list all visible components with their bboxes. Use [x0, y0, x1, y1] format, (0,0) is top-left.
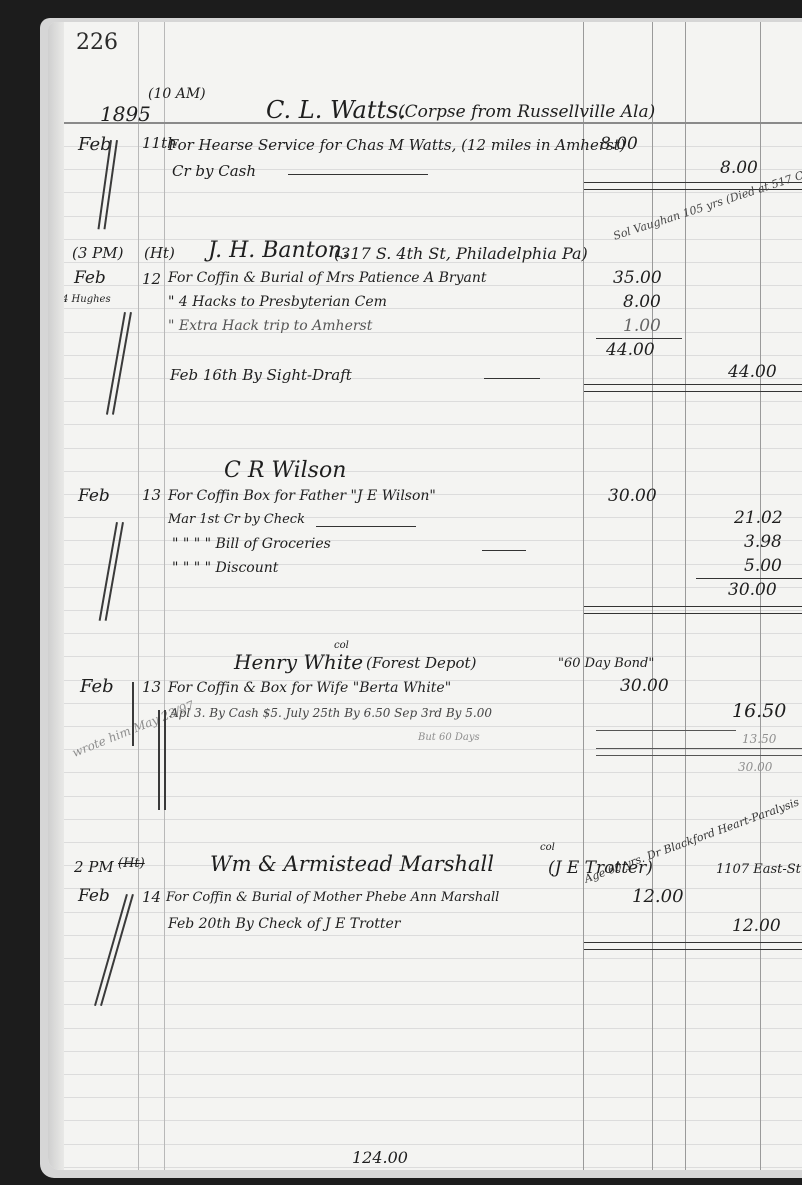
- entry-1-note: (Corpse from Russellville Ala): [398, 102, 655, 122]
- entry-3-credit-3: 5.00: [744, 556, 782, 576]
- entry-1-debit: 8.00: [600, 134, 638, 154]
- entry-4-day: 13: [142, 678, 161, 696]
- entry-3-day: 13: [142, 486, 161, 504]
- ruled-line: [48, 935, 802, 936]
- entry-3-sum-rule: [696, 578, 802, 579]
- entry-2-dash: [484, 378, 540, 379]
- entry-1-month: Feb: [78, 134, 112, 155]
- ruled-line: [48, 239, 802, 240]
- entry-5-day: 14: [142, 888, 161, 906]
- ruled-line: [48, 633, 802, 634]
- entry-5-name: Wm & Armistead Marshall: [210, 852, 494, 876]
- entry-2-line-2: " 4 Hacks to Presbyterian Cem: [168, 294, 387, 310]
- ruled-line: [48, 772, 802, 773]
- entry-2-ref: (Ht): [144, 244, 175, 262]
- entry-5-month: Feb: [78, 886, 110, 906]
- entry-4-annotation: "60 Day Bond": [558, 656, 654, 671]
- entry-5-line-2: Feb 20th By Check of J E Trotter: [168, 916, 400, 932]
- debit-cents-rule: [652, 22, 653, 1170]
- entry-5-name-sup: col: [540, 842, 555, 853]
- ruled-line: [48, 448, 802, 449]
- entry-1-dash: [288, 174, 428, 175]
- entry-5-posted-mark: [94, 894, 128, 1006]
- entry-5-ref: (Ht): [118, 856, 145, 871]
- ruled-line: [48, 1028, 802, 1029]
- entry-4-name-sup: col: [334, 640, 349, 651]
- year: 1895: [100, 102, 151, 126]
- entry-5-time: 2 PM: [74, 858, 114, 876]
- footer-page-total: 124.00: [352, 1148, 408, 1167]
- entry-2-line-1: For Coffin & Burial of Mrs Patience A Br…: [168, 270, 486, 286]
- entry-4-posted-mark-3: [164, 710, 166, 810]
- header-rule: [64, 122, 802, 124]
- entry-4-posted-mark: [132, 682, 134, 746]
- entry-1-time: (10 AM): [148, 86, 206, 102]
- ruled-line: [48, 1097, 802, 1098]
- ruled-line: [48, 192, 802, 193]
- entry-4-credit: 16.50: [732, 700, 786, 722]
- entry-2-month: Feb: [74, 268, 106, 288]
- ruled-line: [48, 540, 802, 541]
- entry-5-credit: 12.00: [732, 916, 781, 936]
- ruled-line: [48, 819, 802, 820]
- entry-3-credit-total: 30.00: [728, 580, 777, 600]
- entry-3-line-4: " " " " Discount: [172, 560, 278, 576]
- entry-2-sum-rule: [596, 338, 682, 339]
- ruled-line: [48, 424, 802, 425]
- entry-4-line-2: Apl 3. By Cash $5. July 25th By 6.50 Sep…: [170, 706, 492, 720]
- ruled-line: [48, 308, 802, 309]
- entry-4-note: (Forest Depot): [366, 654, 476, 672]
- entry-2-line-3: " Extra Hack trip to Amherst: [168, 318, 372, 334]
- ruled-line: [48, 1074, 802, 1075]
- entry-2-credit: 44.00: [728, 362, 777, 382]
- page-edge: [48, 22, 64, 1170]
- ruled-line: [48, 1004, 802, 1005]
- entry-5-debit: 12.00: [632, 886, 684, 907]
- debit-column-rule: [583, 22, 584, 1170]
- ruled-line: [48, 517, 802, 518]
- entry-4-pencil-total: 30.00: [738, 760, 772, 774]
- entry-3-credit-1: 21.02: [734, 508, 783, 528]
- entry-4-line-1: For Coffin & Box for Wife "Berta White": [168, 680, 451, 696]
- entry-2-time: (3 PM): [72, 244, 123, 262]
- entry-3-name: C R Wilson: [224, 458, 346, 483]
- entry-2-note: (317 S. 4th St, Philadelphia Pa): [334, 244, 588, 263]
- entry-3-line-1: For Coffin Box for Father "J E Wilson": [168, 488, 436, 504]
- ruled-line: [48, 355, 802, 356]
- entry-1-name: C. L. Watts.: [266, 96, 406, 124]
- ruled-line: [48, 332, 802, 333]
- entry-2-annotation: Sol Vaughan 105 yrs (Died at 517 Chmes): [612, 158, 802, 242]
- ruled-line: [48, 564, 802, 565]
- entry-1-credit: 8.00: [720, 158, 758, 178]
- entry-3-dash-1: [316, 526, 416, 527]
- entry-2-debit-1: 35.00: [613, 268, 662, 288]
- entry-2-day: 12: [142, 270, 161, 288]
- entry-3-dash-2: [482, 550, 526, 551]
- entry-4-debit: 30.00: [620, 676, 669, 696]
- ruled-line: [48, 169, 802, 170]
- entry-5-address: 1107 East-St: [716, 862, 801, 877]
- entry-5-note: (J E Trotter): [548, 858, 653, 878]
- entry-2-debit-total: 44.00: [606, 340, 655, 360]
- ruled-line: [48, 587, 802, 588]
- ledger-page: 226 1895 (10 AM) C. L. Watts. (Corpse fr…: [48, 22, 802, 1170]
- entry-5-line-1: For Coffin & Burial of Mother Phebe Ann …: [166, 890, 499, 905]
- entry-3-month: Feb: [78, 486, 110, 506]
- margin-rule-day: [164, 22, 165, 1170]
- entry-5-posted-mark-2: [100, 894, 134, 1006]
- entry-4-posted-mark-2: [158, 710, 160, 810]
- ruled-line: [48, 401, 802, 402]
- entry-3-line-2: Mar 1st Cr by Check: [168, 512, 305, 527]
- ruled-line: [48, 1144, 802, 1145]
- ruled-line: [48, 703, 802, 704]
- entry-2-closing-rule: [584, 384, 802, 392]
- entry-2-debit-3: 1.00: [623, 316, 661, 336]
- entry-4-month: Feb: [80, 676, 114, 697]
- entry-2-marginal: 4 Hughes: [62, 294, 111, 305]
- entry-1-line-2: Cr by Cash: [172, 162, 256, 180]
- entry-3-line-3: " " " " Bill of Groceries: [172, 536, 331, 552]
- entry-2-name: J. H. Banton.: [208, 238, 349, 263]
- entry-3-debit: 30.00: [608, 486, 657, 506]
- ruled-line: [48, 471, 802, 472]
- ruled-line: [48, 1167, 802, 1168]
- entry-4-pencil-credit: 13.50: [742, 732, 776, 746]
- ruled-line: [48, 912, 802, 913]
- entry-4-name: Henry White: [234, 650, 363, 674]
- entry-4-pencil-note: But 60 Days: [418, 732, 480, 743]
- entry-2-credit-line: Feb 16th By Sight-Draft: [170, 366, 352, 384]
- entry-1-line-1: For Hearse Service for Chas M Watts, (12…: [168, 136, 626, 154]
- ruled-line: [48, 796, 802, 797]
- ruled-line: [48, 378, 802, 379]
- ruled-line: [48, 1120, 802, 1121]
- entry-4-sum-rule: [596, 730, 736, 731]
- ruled-line: [48, 726, 802, 727]
- entry-5-closing-rule: [584, 942, 802, 950]
- credit-column-rule: [685, 22, 686, 1170]
- ruled-line: [48, 958, 802, 959]
- ruled-line: [48, 981, 802, 982]
- page-number: 226: [76, 30, 118, 55]
- ruled-line: [48, 888, 802, 889]
- entry-4-closing-rule: [596, 748, 802, 756]
- entry-3-closing-rule: [584, 606, 802, 614]
- margin-rule-month: [138, 22, 139, 1170]
- ruled-line: [48, 1051, 802, 1052]
- entry-3-credit-2: 3.98: [744, 532, 782, 552]
- entry-2-debit-2: 8.00: [623, 292, 661, 312]
